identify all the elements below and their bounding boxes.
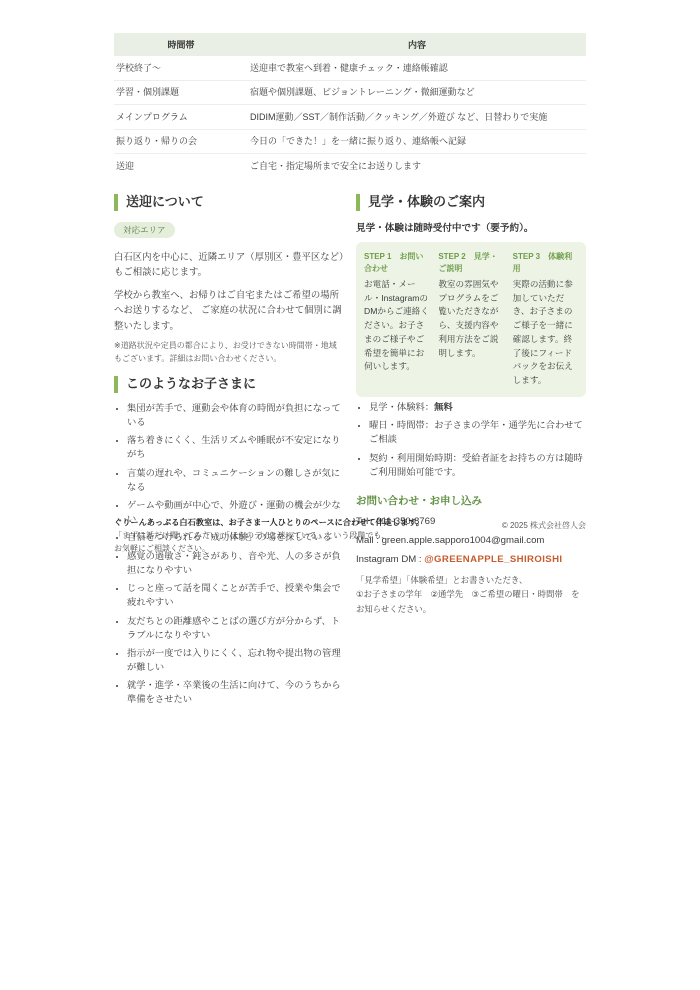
step-3: STEP 3 体験利用 実際の活動に参加していただき、お子さまのご様子を一緒に確… xyxy=(513,251,578,388)
list-item: 友だちとの距離感やことばの選び方が分からず、トラブルになりやすい xyxy=(127,615,344,643)
schedule-content: DIDIM運動／SST／制作活動／クッキング／外遊び など、日替わりで実施 xyxy=(248,105,586,130)
visit-info-list: 見学・体験料：無料 曜日・時間帯：お子さまの学年・通学先に合わせてご相談 契約・… xyxy=(356,401,586,480)
visit-fee-value: 無料 xyxy=(434,402,453,412)
step-1: STEP 1 お問い合わせ お電話・メール・InstagramのDMからご連絡く… xyxy=(364,251,429,388)
list-item: 集団が苦手で、運動会や体育の時間が負担になっている xyxy=(127,402,344,430)
schedule-content: ご自宅・指定場所まで安全にお送りします xyxy=(248,154,586,178)
visit-contract-text: 契約・利用開始時期：受給者証をお持ちの方は随時ご利用開始可能です。 xyxy=(369,453,583,477)
schedule-time: メインプログラム xyxy=(114,105,248,130)
schedule-content: 宿題や個別課題、ビジョントレーニング・微細運動など xyxy=(248,80,586,105)
footer-message: ぐりーんあっぷる白石教室は、お子さま一人ひとりのペースに合わせて伴走します。 「… xyxy=(114,516,424,555)
list-item: 曜日・時間帯：お子さまの学年・通学先に合わせてご相談 xyxy=(369,419,586,447)
contact-note-line1: 「見学希望」「体験希望」とお書きいただき、 xyxy=(356,575,527,585)
transport-paragraph-1: 白石区内を中心に、近隣エリア（厚別区・豊平区など）もご相談に応じます。 xyxy=(114,249,344,280)
left-column: 送迎について 対応エリア 白石区内を中心に、近隣エリア（厚別区・豊平区など）もご… xyxy=(114,184,344,712)
schedule-time: 学校終了～ xyxy=(114,56,248,80)
transport-note: ※道路状況や定員の都合により、お受けできない時間帯・地域もございます。詳細はお問… xyxy=(114,340,344,366)
visit-lead-text: 見学・体験は随時受付中です（要予約）。 xyxy=(356,220,586,234)
list-item: 言葉の遅れや、コミュニケーションの難しさが気になる xyxy=(127,467,344,495)
list-item: 見学・体験料：無料 xyxy=(369,401,586,415)
schedule-content: 送迎車で教室へ到着・健康チェック・連絡帳確認 xyxy=(248,56,586,80)
visit-steps-box: STEP 1 お問い合わせ お電話・メール・InstagramのDMからご連絡く… xyxy=(356,242,586,397)
copyright-text: © 2025 株式会社啓人会 xyxy=(502,520,586,531)
page: 時間帯 内容 学校終了～ 送迎車で教室へ到着・健康チェック・連絡帳確認 学習・個… xyxy=(0,0,700,990)
page-footer: ぐりーんあっぷる白石教室は、お子さま一人ひとりのペースに合わせて伴走します。 「… xyxy=(114,516,586,555)
schedule-time: 振り返り・帰りの会 xyxy=(114,129,248,154)
schedule-time: 送迎 xyxy=(114,154,248,178)
list-item: 落ち着きにくく、生活リズムや睡眠が不安定になりがち xyxy=(127,434,344,462)
schedule-header-row: 時間帯 内容 xyxy=(114,33,586,56)
service-area-badge: 対応エリア xyxy=(114,222,175,238)
footer-line-2: 「まずは話だけ聞いてみたい」「ほかのデイと迷っている」という段階でも、 xyxy=(114,531,389,540)
transport-heading-label: 送迎について xyxy=(126,194,204,211)
step-1-text: お電話・メール・InstagramのDMからご連絡ください。お子さまのご様子やご… xyxy=(364,278,429,374)
transport-section-heading: 送迎について xyxy=(114,194,344,211)
contact-note-line2: ①お子さまの学年 ②通学先 ③ご希望の曜日・時間帯 をお知らせください。 xyxy=(356,589,580,614)
table-row: 学校終了～ 送迎車で教室へ到着・健康チェック・連絡帳確認 xyxy=(114,56,586,80)
footer-line-3: お気軽にご相談ください。 xyxy=(114,544,210,553)
list-item: 就学・進学・卒業後の生活に向けて、今のうちから準備をさせたい xyxy=(127,679,344,707)
table-row: 振り返り・帰りの会 今日の「できた！」を一緒に振り返り、連絡帳へ記録 xyxy=(114,129,586,154)
step-3-text: 実際の活動に参加していただき、お子さまのご様子を一緒に確認します。終了後にフィー… xyxy=(513,278,578,388)
schedule-header-content: 内容 xyxy=(248,33,586,56)
step-2-text: 教室の雰囲気やプログラムをご覧いただきながら、支援内容や利用方法をご説明します。 xyxy=(438,278,503,361)
contact-note: 「見学希望」「体験希望」とお書きいただき、 ①お子さまの学年 ②通学先 ③ご希望… xyxy=(356,573,586,617)
daily-schedule-table: 時間帯 内容 学校終了～ 送迎車で教室へ到着・健康チェック・連絡帳確認 学習・個… xyxy=(114,33,586,178)
list-item: 指示が一度では入りにくく、忘れ物や提出物の管理が難しい xyxy=(127,647,344,675)
step-2-label: STEP 2 見学・ご説明 xyxy=(438,251,503,275)
transport-paragraph-2: 学校から教室へ、お帰りはご自宅またはご希望の場所へお送りするなど、 ご家庭の状況… xyxy=(114,287,344,334)
footer-bold-line: ぐりーんあっぷる白石教室は、お子さま一人ひとりのペースに合わせて伴走します。 xyxy=(114,518,424,527)
step-3-label: STEP 3 体験利用 xyxy=(513,251,578,275)
contact-section-heading: お問い合わせ・お申し込み xyxy=(356,493,586,508)
step-1-label: STEP 1 お問い合わせ xyxy=(364,251,429,275)
visit-days-text: 曜日・時間帯：お子さまの学年・通学先に合わせてご相談 xyxy=(369,420,583,444)
table-row: 学習・個別課題 宿題や個別課題、ビジョントレーニング・微細運動など xyxy=(114,80,586,105)
schedule-time: 学習・個別課題 xyxy=(114,80,248,105)
visit-section-heading: 見学・体験のご案内 xyxy=(356,194,586,211)
step-2: STEP 2 見学・ご説明 教室の雰囲気やプログラムをご覧いただきながら、支援内… xyxy=(438,251,503,388)
table-row: メインプログラム DIDIM運動／SST／制作活動／クッキング／外遊び など、日… xyxy=(114,105,586,130)
visit-fee-label: 見学・体験料： xyxy=(369,402,434,412)
target-children-section-heading: このようなお子さまに xyxy=(114,376,344,393)
list-item: じっと座って話を聞くことが苦手で、授業や集会で疲れやすい xyxy=(127,582,344,610)
target-children-heading-label: このようなお子さまに xyxy=(126,376,256,393)
list-item: 契約・利用開始時期：受給者証をお持ちの方は随時ご利用開始可能です。 xyxy=(369,452,586,480)
schedule-content: 今日の「できた！」を一緒に振り返り、連絡帳へ記録 xyxy=(248,129,586,154)
main-content: 時間帯 内容 学校終了～ 送迎車で教室へ到着・健康チェック・連絡帳確認 学習・個… xyxy=(114,33,586,712)
table-row: 送迎 ご自宅・指定場所まで安全にお送りします xyxy=(114,154,586,178)
schedule-header-time: 時間帯 xyxy=(114,33,248,56)
visit-heading-label: 見学・体験のご案内 xyxy=(368,194,485,211)
